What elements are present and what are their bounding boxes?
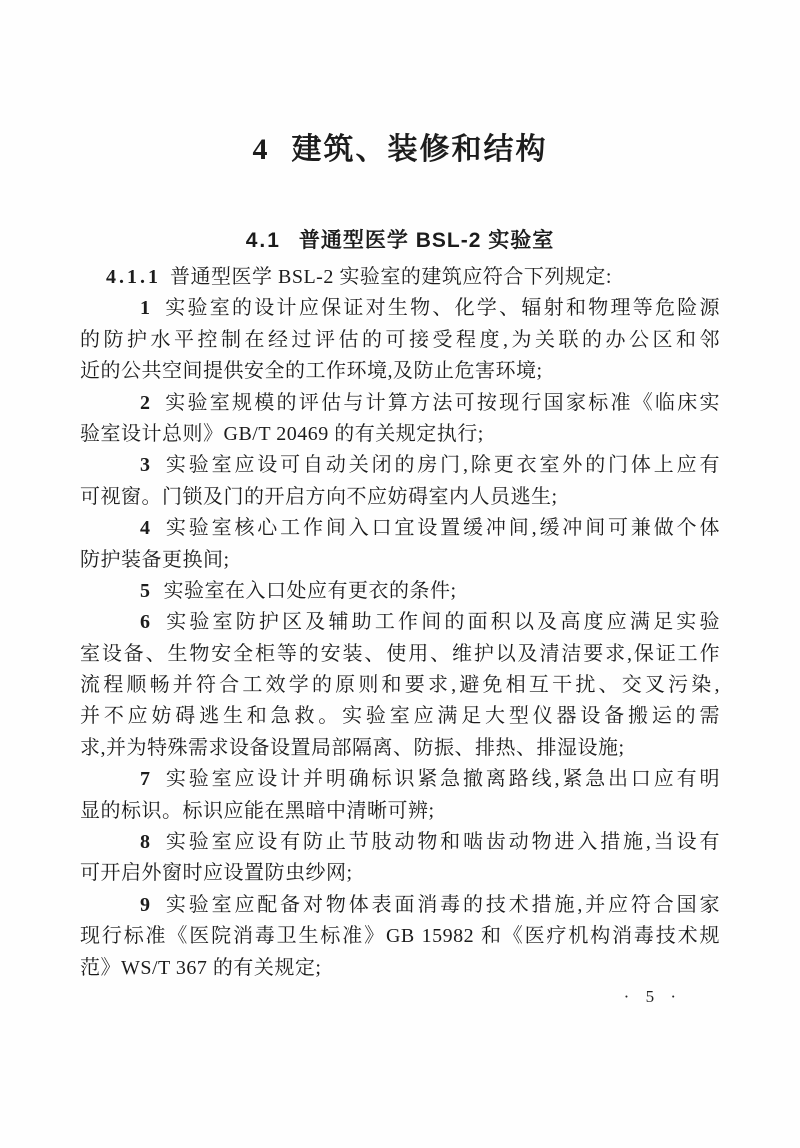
item-5-line-1: 5实验室在入口处应有更衣的条件;	[80, 576, 720, 607]
item-4-line-2: 防护装备更换间;	[80, 545, 720, 576]
item-number: 1	[140, 297, 151, 319]
section-title: 4.1普通型医学 BSL-2 实验室	[0, 225, 800, 257]
item-3-line-1: 3实验室应设可自动关闭的房门,除更衣室外的门体上应有	[80, 450, 720, 481]
item-6-line-3: 流程顺畅并符合工效学的原则和要求,避免相互干扰、交叉污染,	[80, 670, 720, 701]
item-8-line-2: 可开启外窗时应设置防虫纱网;	[80, 858, 720, 889]
item-6-line-4: 并不应妨碍逃生和急救。实验室应满足大型仪器设备搬运的需	[80, 701, 720, 732]
chapter-number: 4	[253, 133, 268, 166]
item-2-line-1: 2实验室规模的评估与计算方法可按现行国家标准《临床实	[80, 388, 720, 419]
section-title-text: 普通型医学 BSL-2 实验室	[299, 229, 554, 252]
item-number: 9	[140, 894, 151, 916]
item-number: 4	[140, 517, 151, 539]
chapter-title-text: 建筑、装修和结构	[292, 133, 548, 166]
item-7-line-2: 显的标识。标识应能在黑暗中清晰可辨;	[80, 796, 720, 827]
section-number: 4.1	[246, 229, 281, 252]
item-1-line-1: 1实验室的设计应保证对生物、化学、辐射和物理等危险源	[80, 293, 720, 324]
item-number: 7	[140, 768, 151, 790]
item-number: 8	[140, 831, 151, 853]
item-4-line-1: 4实验室核心工作间入口宜设置缓冲间,缓冲间可兼做个体	[80, 513, 720, 544]
item-9-line-1: 9实验室应配备对物体表面消毒的技术措施,并应符合国家	[80, 890, 720, 921]
item-9-line-3: 范》WS/T 367 的有关规定;	[80, 953, 720, 984]
clause-4.1.1-line-1: 4.1.1普通型医学 BSL-2 实验室的建筑应符合下列规定:	[80, 262, 720, 293]
item-7-line-1: 7实验室应设计并明确标识紧急撤离路线,紧急出口应有明	[80, 764, 720, 795]
body-text: 4.1.1普通型医学 BSL-2 实验室的建筑应符合下列规定:1实验室的设计应保…	[80, 262, 720, 984]
item-8-line-1: 8实验室应设有防止节肢动物和啮齿动物进入措施,当设有	[80, 827, 720, 858]
item-number: 3	[140, 454, 151, 476]
item-3-line-2: 可视窗。门锁及门的开启方向不应妨碍室内人员逃生;	[80, 482, 720, 513]
page-number-text: · 5 ·	[624, 987, 682, 1006]
item-9-line-2: 现行标准《医院消毒卫生标准》GB 15982 和《医疗机构消毒技术规	[80, 921, 720, 952]
page-number: · 5 ·	[624, 986, 682, 1008]
item-6-line-1: 6实验室防护区及辅助工作间的面积以及高度应满足实验	[80, 607, 720, 638]
item-number: 5	[140, 580, 151, 602]
item-1-line-2: 的防护水平控制在经过评估的可接受程度,为关联的办公区和邻	[80, 325, 720, 356]
item-6-line-2: 室设备、生物安全柜等的安装、使用、维护以及清洁要求,保证工作	[80, 639, 720, 670]
document-page: 4建筑、装修和结构 4.1普通型医学 BSL-2 实验室 4.1.1普通型医学 …	[0, 0, 800, 1148]
clause-number: 4.1.1	[106, 266, 161, 288]
item-number: 6	[140, 611, 151, 633]
item-6-line-5: 求,并为特殊需求设备设置局部隔离、防振、排热、排湿设施;	[80, 733, 720, 764]
chapter-title: 4建筑、装修和结构	[0, 128, 800, 172]
item-2-line-2: 验室设计总则》GB/T 20469 的有关规定执行;	[80, 419, 720, 450]
item-1-line-3: 近的公共空间提供安全的工作环境,及防止危害环境;	[80, 356, 720, 387]
item-number: 2	[140, 392, 151, 414]
